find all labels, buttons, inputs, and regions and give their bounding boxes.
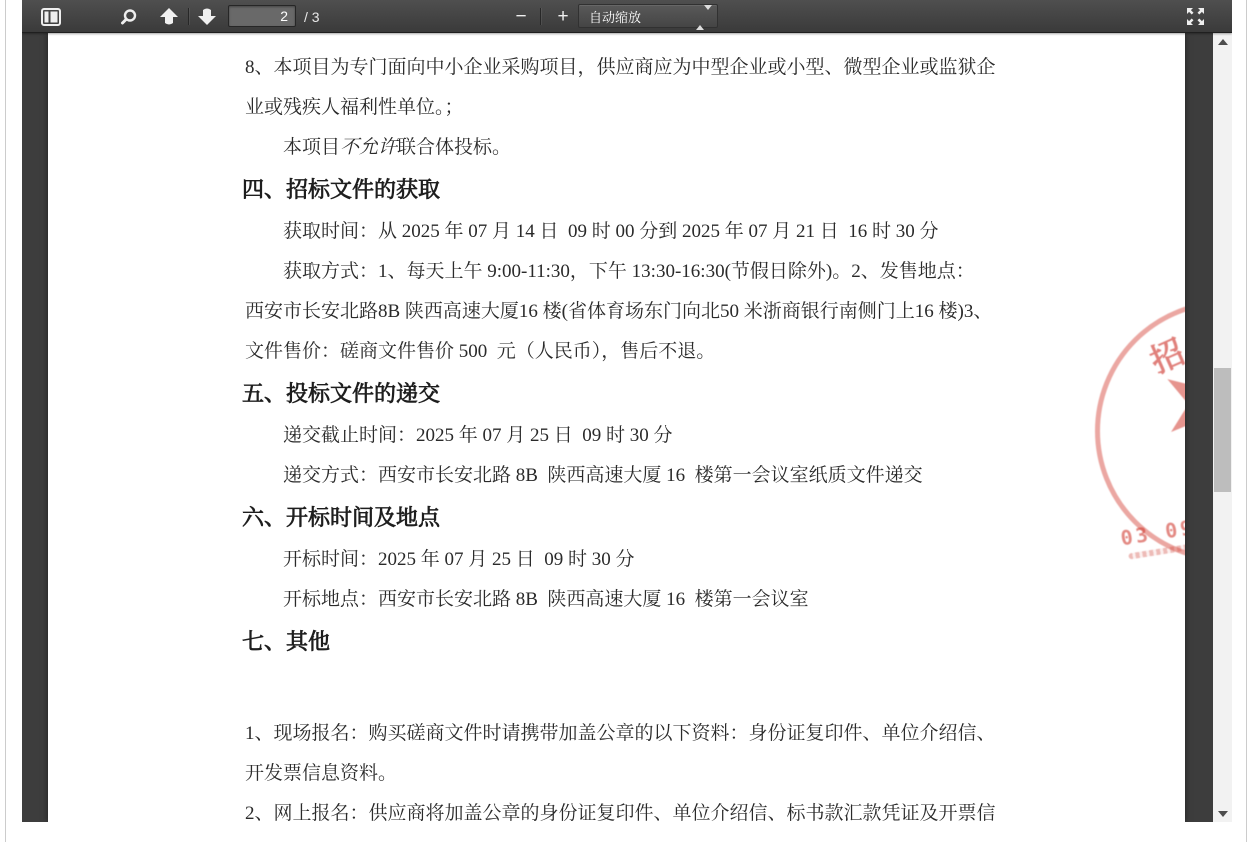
stamp-star-icon: ★	[1144, 335, 1185, 468]
scroll-up-button[interactable]	[1213, 33, 1232, 50]
zoom-in-button[interactable]: +	[550, 4, 576, 29]
doc-line: 开标时间：2025 年 07 月 25 日 09 时 30 分	[245, 550, 1035, 570]
arrow-down-icon	[197, 7, 217, 26]
zoom-out-button[interactable]: −	[508, 4, 534, 29]
select-spinner-icon	[696, 10, 705, 25]
doc-heading: 七、其他	[242, 630, 1035, 654]
previous-page-button[interactable]	[156, 4, 182, 29]
pdf-page: 8、本项目为专门面向中小企业采购项目，供应商应为中型企业或小型、微型企业或监狱企…	[48, 33, 1185, 822]
doc-line: 获取时间：从 2025 年 07 月 14 日 09 时 00 分到 2025 …	[245, 222, 1035, 242]
document-content: 8、本项目为专门面向中小企业采购项目，供应商应为中型企业或小型、微型企业或监狱企…	[245, 58, 1035, 822]
zoom-level-value: 自动缩放	[589, 7, 641, 26]
pdf-toolbar: / 3 − + 自动缩放	[22, 0, 1232, 33]
find-button[interactable]	[116, 4, 142, 29]
stamp-smudge	[1128, 536, 1185, 559]
red-stamp: 招 标 ★ 03 09270	[1068, 283, 1185, 603]
doc-line: 文件售价：磋商文件售价 500 元（人民币），售后不退。	[245, 342, 1035, 362]
doc-line	[245, 674, 1035, 704]
arrow-up-icon	[159, 7, 179, 26]
stamp-circle	[1095, 300, 1185, 562]
doc-line: 获取方式：1、每天上午 9:00-11:30，下午 13:30-16:30(节假…	[245, 262, 1035, 282]
stamp-number: 03 09270	[1119, 508, 1185, 551]
window-border-right	[1246, 0, 1247, 842]
toolbar-separator	[188, 8, 189, 25]
page-number-input[interactable]	[228, 5, 296, 27]
next-page-button[interactable]	[194, 4, 220, 29]
toolbar-separator	[540, 8, 541, 25]
doc-line: 开发票信息资料。	[245, 764, 1035, 784]
doc-line: 递交截止时间：2025 年 07 月 25 日 09 时 30 分	[245, 426, 1035, 446]
search-icon	[120, 8, 138, 26]
presentation-mode-icon	[1186, 7, 1205, 26]
zoom-level-select[interactable]: 自动缩放	[578, 4, 718, 28]
sidebar-toggle-button[interactable]	[38, 4, 64, 29]
doc-heading: 四、招标文件的获取	[242, 178, 1035, 202]
presentation-mode-button[interactable]	[1182, 4, 1208, 29]
scroll-down-button[interactable]	[1213, 805, 1232, 822]
doc-heading: 五、投标文件的递交	[242, 382, 1035, 406]
pdf-viewer: / 3 − + 自动缩放 8、本项目为专门面向中小企业采购项目，供应商应为中型企…	[22, 0, 1232, 822]
scroll-up-icon	[1218, 39, 1228, 45]
stamp-text: 招	[1142, 326, 1185, 382]
doc-heading: 六、开标时间及地点	[242, 506, 1035, 530]
doc-line: 开标地点：西安市长安北路 8B 陕西高速大厦 16 楼第一会议室	[245, 590, 1035, 610]
doc-line: 8、本项目为专门面向中小企业采购项目，供应商应为中型企业或小型、微型企业或监狱企	[245, 58, 1035, 78]
vertical-scrollbar[interactable]	[1213, 33, 1232, 822]
doc-line: 2、网上报名：供应商将加盖公章的身份证复印件、单位介绍信、标书款汇款凭证及开票信	[245, 804, 1035, 822]
sidebar-toggle-icon	[41, 8, 61, 26]
page-total-label: / 3	[304, 9, 320, 25]
window-border-left	[5, 0, 6, 842]
doc-line: 本项目不允许联合体投标。	[245, 138, 1035, 158]
scrollbar-thumb[interactable]	[1214, 368, 1231, 492]
scroll-down-icon	[1218, 811, 1228, 817]
doc-line: 递交方式：西安市长安北路 8B 陕西高速大厦 16 楼第一会议室纸质文件递交	[245, 466, 1035, 486]
doc-line: 业或残疾人福利性单位。；	[245, 98, 1035, 118]
doc-line: 西安市长安北路8B 陕西高速大厦16 楼(省体育场东门向北50 米浙商银行南侧门…	[245, 302, 1035, 322]
document-viewport: 8、本项目为专门面向中小企业采购项目，供应商应为中型企业或小型、微型企业或监狱企…	[22, 33, 1213, 822]
doc-line: 1、现场报名：购买磋商文件时请携带加盖公章的以下资料：身份证复印件、单位介绍信、	[245, 724, 1035, 744]
